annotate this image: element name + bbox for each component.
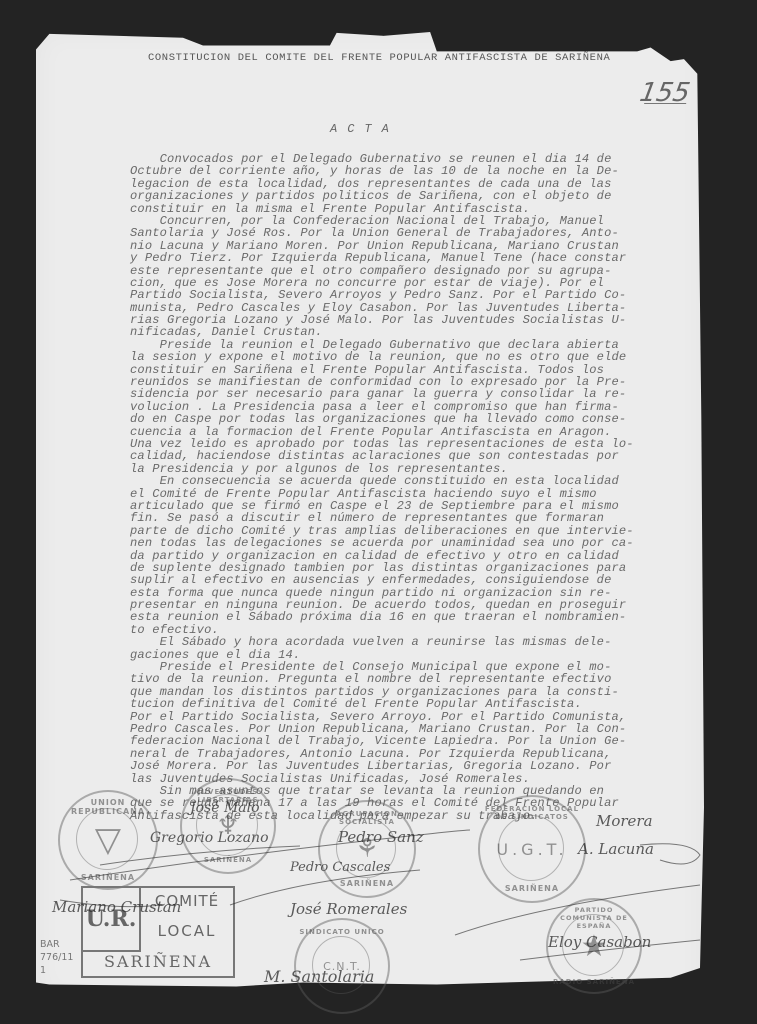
folio-number: 155 (637, 78, 692, 108)
signature: Gregorio Lozano (150, 830, 269, 846)
body-line: José Morera. Por las Juventudes Libertar… (130, 760, 720, 772)
stamp-ring-text: PARTIDO COMUNISTA DE ESPAÑA (548, 906, 640, 930)
archive-reference: BAR 776/11 1 (40, 938, 80, 977)
signature: Eloy Casabon (548, 933, 651, 951)
document-heading: ACTA (330, 122, 399, 136)
stamp-agrupacion-socialista: AGRUPACION SOCIALISTA ⚘ SARIÑENA (318, 800, 416, 898)
body-line: la sesion y expone el motivo de la reuni… (130, 351, 720, 363)
body-line: esta reunion el Sábado próxima dia 16 en… (130, 611, 720, 623)
archive-ref-line: 776/11 (40, 951, 80, 964)
body-line: En consecuencia se acuerda quede constit… (130, 475, 720, 487)
archive-ref-line: BAR (40, 938, 80, 951)
stamp-bottom-text: SARIÑENA (505, 884, 559, 893)
stamp-ugt: FEDERACION LOCAL DE SINDICATOS U.G.T. SA… (478, 795, 586, 903)
body-line: tivo de la reunion. Pregunta el nombre d… (130, 673, 720, 685)
document-body: Convocados por el Delegado Gubernativo s… (130, 153, 720, 822)
body-line: federacion Nacional del Trabajo, Vicente… (130, 735, 720, 747)
body-line: El Sábado y hora acordada vuelven a reun… (130, 636, 720, 648)
stamp-ring-text: FEDERACION LOCAL DE SINDICATOS (480, 805, 584, 821)
signature: Pedro Cascales (290, 860, 390, 875)
stamp-ring-text: SINDICATO UNICO (299, 928, 384, 936)
stamp-bottom-text: SARIÑENA (204, 856, 252, 864)
stamp-juventudes-libertarias: JUVENTUDES LIBERTARIAS ♆ SARIÑENA (180, 778, 276, 874)
body-line: Santolaria y José Ros. Por la Union Gene… (130, 227, 720, 239)
body-line: nen todas las delegaciones se acuerda po… (130, 537, 720, 549)
body-line: organizaciones y partidos politicos de S… (130, 190, 720, 202)
body-line: tucion definitiva del Comité del Frente … (130, 698, 720, 710)
stamp-bottom-text: SARIÑENA (81, 873, 135, 882)
signature: A. Lacuna (578, 840, 654, 858)
document-header-title: CONSTITUCION DEL COMITE DEL FRENTE POPUL… (148, 52, 688, 64)
stamp-ring-text: AGRUPACION SOCIALISTA (320, 810, 414, 826)
archive-ref-line: 1 (40, 964, 80, 977)
body-line: y Pedro Tierz. Por Izquierda Republicana… (130, 252, 720, 264)
body-line: calidad, haciendose distintas aclaracion… (130, 450, 720, 462)
stamp-bottom-text: RADIO SARIÑENA (553, 978, 635, 986)
body-line: nificadas, Daniel Crustan. (130, 326, 720, 338)
stamp-cnt: SINDICATO UNICO C.N.T. (294, 918, 390, 1014)
body-line: sidencia por ser necesario para ganar la… (130, 388, 720, 400)
body-line: Partido Socialista, Severo Arroyos y Ped… (130, 289, 720, 301)
signature: Pedro Sanz (338, 828, 424, 846)
signature: M. Santolaria (264, 967, 374, 986)
stamp-bottom-text: SARIÑENA (340, 879, 394, 888)
body-line: Octubre del corriente año, y horas de la… (130, 165, 720, 177)
signature: Morera (596, 812, 653, 830)
stamp-line-2: LOCAL (141, 922, 233, 940)
body-line: suplir al efectivo en ausencias y enferm… (130, 574, 720, 586)
stamp-town: SARIÑENA (83, 952, 233, 971)
body-line: do en Caspe por todas las organizaciones… (130, 413, 720, 425)
signature: José Malo (190, 800, 260, 816)
signature: José Romerales (290, 900, 407, 918)
stamp-ring-text: UNION REPUBLICANA (60, 798, 156, 816)
signature: Mariano Crustan (52, 898, 181, 916)
body-line: fin. Se pasó a discutir el número de rep… (130, 512, 720, 524)
stamp-union-republicana: UNION REPUBLICANA ▽ SARIÑENA (58, 790, 158, 890)
